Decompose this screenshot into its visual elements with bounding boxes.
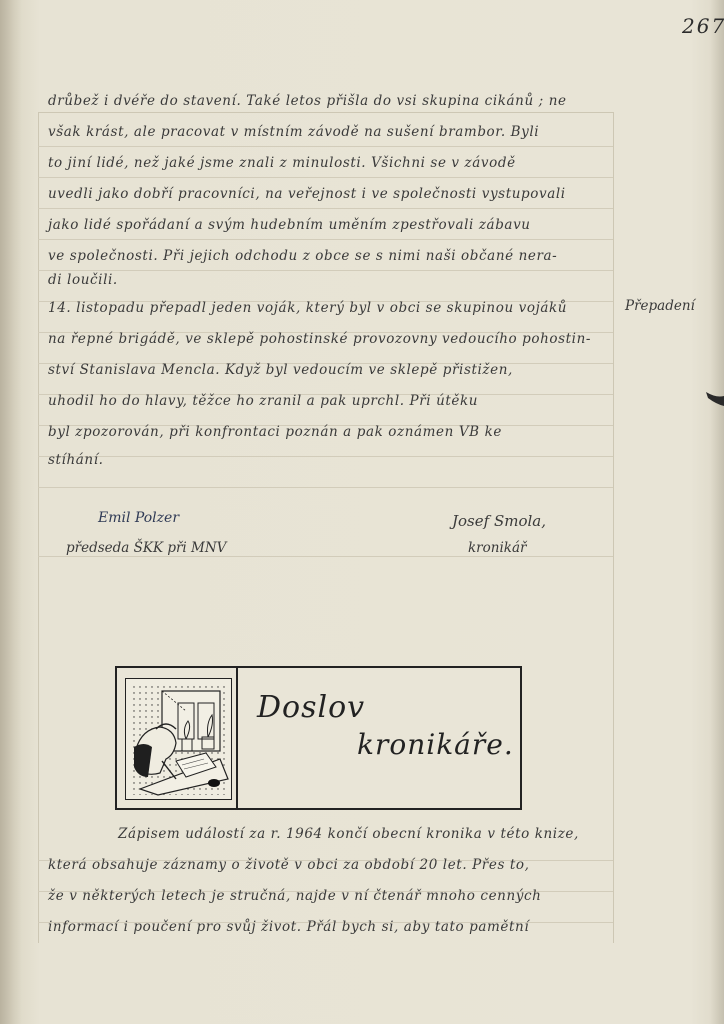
afterword-header-box: Doslov kronikáře. — [115, 666, 522, 810]
afterword-line: která obsahuje záznamy o životě v obci z… — [48, 857, 530, 873]
header-divider — [236, 668, 238, 808]
margin-note: Přepadení — [625, 298, 695, 314]
body-line: na řepné brigádě, ve sklepě pohostinské … — [48, 331, 591, 347]
right-signature-title: kronikář — [468, 540, 526, 556]
ruled-line — [38, 208, 613, 209]
header-title-word2: kronikáře. — [357, 728, 514, 761]
body-line: drůbež i dvéře do stavení. Také letos př… — [48, 93, 567, 109]
chronicler-drawing-icon — [126, 679, 231, 799]
body-line: di loučili. — [48, 272, 118, 288]
left-signature-title: předseda ŠKK při MNV — [66, 540, 226, 556]
body-line: uvedli jako dobří pracovníci, na veřejno… — [48, 186, 566, 202]
book-spine-shadow — [0, 0, 22, 1024]
chronicle-page: 267 drůbež i dvéře do stavení. Také leto… — [0, 0, 724, 1024]
page-number: 267 — [682, 14, 724, 38]
body-line: to jiní lidé, než jaké jsme znali z minu… — [48, 155, 516, 171]
afterword-line: Zápisem událostí za r. 1964 končí obecní… — [118, 826, 579, 842]
page-edge — [710, 0, 724, 1024]
ruled-line — [38, 456, 613, 457]
ink-smudge-icon — [704, 388, 724, 424]
ruled-line — [38, 487, 613, 488]
right-signature: Josef Smola, — [452, 512, 546, 530]
afterword-line: informací i poučení pro svůj život. Přál… — [48, 919, 529, 935]
ruled-line — [38, 177, 613, 178]
body-line: jako lidé spořádaní a svým hudebním uměn… — [48, 217, 531, 233]
body-line: však krást, ale pracovat v místním závod… — [48, 124, 539, 140]
body-line: byl zpozorován, při konfrontaci poznán a… — [48, 424, 502, 440]
chronicler-illustration — [125, 678, 232, 800]
body-line: ství Stanislava Mencla. Když byl vedoucí… — [48, 362, 513, 378]
ruled-line — [38, 146, 613, 147]
body-line: uhodil ho do hlavy, těžce ho zranil a pa… — [48, 393, 478, 409]
body-line: stíhání. — [48, 452, 104, 468]
ruled-line — [38, 556, 613, 557]
afterword-line: že v některých letech je stručná, najde … — [48, 888, 541, 904]
left-signature: Emil Polzer — [98, 510, 179, 526]
ruled-line — [38, 239, 613, 240]
body-line: 14. listopadu přepadl jeden voják, který… — [48, 300, 567, 316]
header-title-word1: Doslov — [257, 690, 365, 725]
ruled-line — [38, 270, 613, 271]
body-line: ve společnosti. Při jejich odchodu z obc… — [48, 248, 557, 264]
